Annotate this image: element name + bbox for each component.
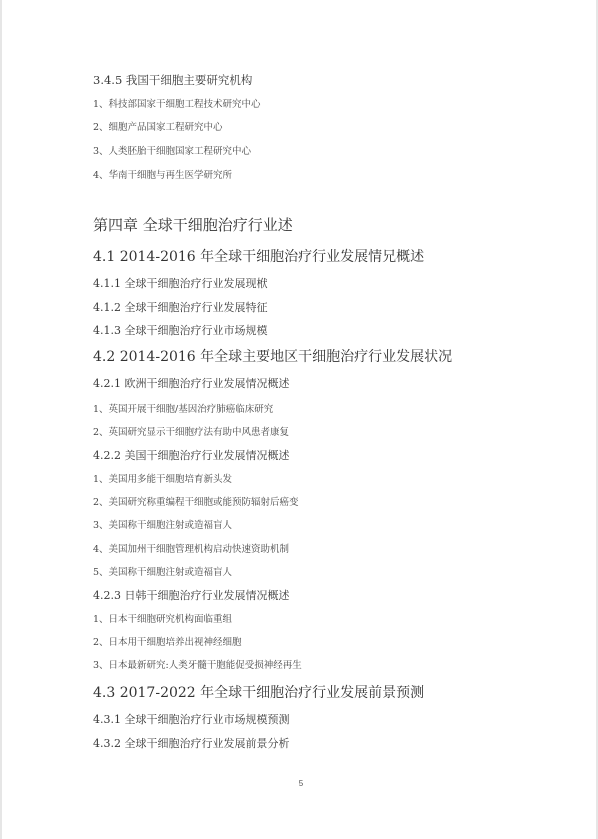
toc-section-4-3: 4.3 2017-2022 年全球干细胞治疗行业发展前景预测 (93, 686, 424, 700)
document-page: 3.4.5 我国干细胞主要研究机构 1、科技部国家干细胞工程技术研究中心 2、细… (0, 0, 598, 839)
toc-subsection-4-1-2: 4.1.2 全球干细胞治疗行业发展特征 (93, 302, 267, 313)
toc-subsection-4-2-3: 4.2.3 日韩干细胞治疗行业发展情况概述 (93, 590, 289, 601)
toc-section-4-2: 4.2 2014-2016 年全球主要地区干细胞治疗行业发展状况 (93, 350, 452, 364)
toc-subsection-4-3-2: 4.3.2 全球干细胞治疗行业发展前景分析 (93, 738, 289, 749)
toc-subsection-4-3-1: 4.3.1 全球干细胞治疗行业市场规模预测 (93, 714, 289, 725)
toc-item: 2、日本用干细胞培养出视神经细胞 (93, 638, 242, 648)
toc-section-4-1: 4.1 2014-2016 年全球干细胞治疗行业发展情兄概述 (93, 250, 424, 264)
toc-item: 1、日本干细胞研究机构面临重组 (93, 615, 232, 625)
toc-item: 2、细胞产品国家工程研究中心 (93, 123, 223, 133)
page-number: 5 (2, 779, 598, 788)
toc-item: 1、美国用多能干细胞培育新头发 (93, 475, 232, 485)
toc-subsection-4-2-1: 4.2.1 欧洲干细胞治疗行业发展情况概述 (93, 378, 289, 389)
toc-item: 5、美国称干细胞注射或造福盲人 (93, 568, 232, 578)
toc-item: 3、人类胚胎干细胞国家工程研究中心 (93, 147, 251, 157)
toc-item: 4、美国加州干细胞管理机构启动快速资助机制 (93, 545, 289, 555)
toc-item: 1、英国开展干细胞/基因治疗肺癌临床研究 (93, 405, 273, 415)
toc-subsection-4-1-3: 4.1.3 全球干细胞治疗行业市场规模 (93, 325, 267, 336)
toc-item: 2、英国研究显示干细胞疗法有助中风患者康复 (93, 428, 289, 438)
toc-item: 3、美国称干细胞注射或造福盲人 (93, 521, 232, 531)
toc-item: 1、科技部国家干细胞工程技术研究中心 (93, 100, 261, 110)
toc-subsection-4-1-1: 4.1.1 全球干细胞治疗行业发展现栿 (93, 278, 267, 289)
toc-subsection-4-2-2: 4.2.2 美国干细胞治疗行业发展情况概述 (93, 450, 289, 461)
toc-item: 4、华南干细胞与再生医学研究所 (93, 171, 232, 181)
toc-subsection-3-4-5: 3.4.5 我国干细胞主要研究机构 (93, 75, 252, 87)
toc-item: 2、美国研究称重编程干细胞或能预防辐射后癌变 (93, 498, 299, 508)
toc-item: 3、日本最新研究:人类牙髓干胞能促受损神经再生 (93, 661, 302, 671)
toc-chapter-4: 第四章 全球干细胞治疗行业述 (93, 218, 293, 233)
